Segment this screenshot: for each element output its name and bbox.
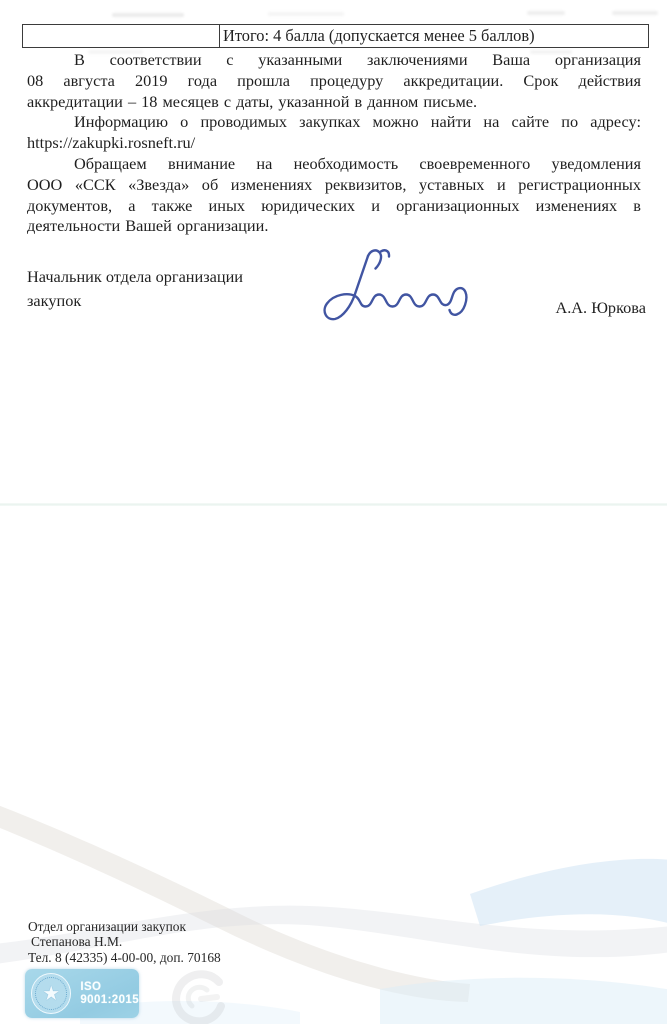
scan-artifact <box>268 12 344 16</box>
footer-department: Отдел организации закупок <box>28 919 221 934</box>
paragraph-line: аккредитации – 18 месяцев с даты, указан… <box>27 92 641 113</box>
paragraph-line: деятельности Вашей организации. <box>27 216 641 237</box>
paragraph-line: В соответствии с указанными заключениями… <box>27 50 641 71</box>
procurement-site-url: https://zakupki.rosneft.ru/ <box>27 133 641 154</box>
iso-badge-line1: ISO <box>80 981 139 994</box>
paragraph-line: документов, а также иных юридических и о… <box>27 196 641 217</box>
score-table-row: Итого: 4 балла (допускается менее 5 балл… <box>22 24 649 48</box>
iso-badge-label: ISO 9001:2015 <box>80 981 139 1007</box>
paragraph-line: Информацию о проводимых закупках можно н… <box>27 112 641 133</box>
paragraph-line: Обращаем внимание на необходимость своев… <box>27 154 641 175</box>
page-fold-line <box>0 503 667 506</box>
signer-job-title-line1: Начальник отдела организации <box>27 265 243 289</box>
scanned-letter-page: Итого: 4 балла (допускается менее 5 балл… <box>0 0 667 1024</box>
emblem-ring <box>35 977 67 1010</box>
paragraph-line: 08 августа 2019 года прошла процедуру ак… <box>27 71 641 92</box>
iso-badge-line2: 9001:2015 <box>80 994 139 1007</box>
footer-phone: Тел. 8 (42335) 4-00-00, доп. 70168 <box>28 950 221 965</box>
stamp-watermark-icon <box>167 970 229 1024</box>
signer-job-title-line2: закупок <box>27 289 243 313</box>
certification-emblem-icon: ★ <box>31 973 71 1014</box>
score-table-empty-cell <box>23 25 220 47</box>
signer-job-title: Начальник отдела организации закупок <box>27 265 243 313</box>
signer-name: А.А. Юркова <box>555 298 646 318</box>
paragraph-line: ООО «ССК «Звезда» об изменениях реквизит… <box>27 175 641 196</box>
footer-contact-person: Степанова Н.М. <box>28 934 221 949</box>
footer-contact-block: Отдел организации закупок Степанова Н.М.… <box>28 919 221 965</box>
handwritten-signature <box>296 246 486 341</box>
iso-9001-badge: ★ ISO 9001:2015 <box>25 969 139 1018</box>
score-table-total-cell: Итого: 4 балла (допускается менее 5 балл… <box>220 25 648 47</box>
scan-artifact <box>112 13 184 17</box>
letter-body: В соответствии с указанными заключениями… <box>27 50 641 237</box>
scan-artifact <box>527 11 565 15</box>
scan-artifact <box>612 11 658 15</box>
